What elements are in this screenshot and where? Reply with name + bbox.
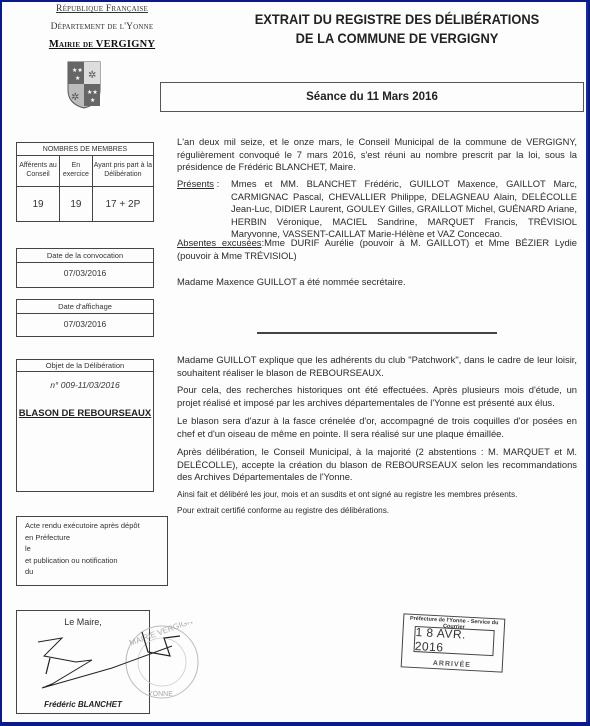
republic-heading: République Française bbox=[2, 4, 202, 14]
members-val-afferents: 19 bbox=[17, 187, 60, 222]
coat-of-arms-icon: ★★ ★ ★★ ★ ✲ ✲ bbox=[66, 60, 102, 110]
svg-text:★: ★ bbox=[90, 97, 95, 104]
objet-box: n° 009-11/03/2016 BLASON DE REBOURSEAUX bbox=[16, 372, 154, 492]
deliberation-paragraph: Pour cela, des recherches historiques on… bbox=[177, 384, 577, 409]
presents-list: Mmes et MM. BLANCHET Frédéric, GUILLOT M… bbox=[231, 178, 577, 241]
svg-text:✲: ✲ bbox=[71, 92, 79, 103]
executoire-line1: Acte rendu exécutoire après dépôt bbox=[25, 520, 167, 532]
stamp-date: 1 8 AVR. 2016 bbox=[413, 626, 494, 656]
deliberation-number: n° 009-11/03/2016 bbox=[17, 380, 153, 390]
executoire-line5: du bbox=[25, 566, 167, 578]
seance-date: Séance du 11 Mars 2016 bbox=[160, 82, 584, 112]
convocation-label: Date de la convocation bbox=[17, 249, 153, 263]
convocation-box: Date de la convocation 07/03/2016 bbox=[16, 248, 154, 288]
document-title-line1: EXTRAIT DU REGISTRE DES DÉLIBÉRATIONS bbox=[218, 11, 577, 27]
svg-text:★★: ★★ bbox=[87, 89, 98, 96]
members-col-deliberation: Ayant pris part à la Délibération bbox=[92, 156, 153, 187]
deliberation-paragraph: Après délibération, le Conseil Municipal… bbox=[177, 446, 577, 484]
convocation-date: 07/03/2016 bbox=[17, 263, 153, 283]
members-col-exercice: En exercice bbox=[60, 156, 93, 187]
absentes-label: Absentes excusées bbox=[177, 237, 262, 248]
svg-text:★: ★ bbox=[75, 75, 80, 82]
document-title-line2: DE LA COMMUNE DE VERGIGNY bbox=[218, 30, 577, 46]
svg-text:MAIRIE VERGIGNY: MAIRIE VERGIGNY bbox=[128, 622, 199, 648]
affichage-box: Date d'affichage 07/03/2016 bbox=[16, 299, 154, 337]
deliberation-title: BLASON DE REBOURSEAUX bbox=[17, 408, 153, 419]
deliberation-paragraph: Madame GUILLOT explique que les adhérent… bbox=[177, 354, 577, 379]
intro-paragraph: L'an deux mil seize, et le onze mars, le… bbox=[177, 136, 577, 174]
svg-text:✲: ✲ bbox=[88, 70, 96, 81]
presents-label: Présents bbox=[177, 178, 214, 189]
objet-label: Objet de la Délibération bbox=[16, 359, 154, 372]
document-page: République Française Département de l'Yo… bbox=[2, 2, 588, 722]
affichage-label: Date d'affichage bbox=[17, 300, 153, 314]
mairie-heading: Mairie de VERGIGNY bbox=[2, 39, 202, 50]
closing-paragraph: Ainsi fait et délibéré les jour, mois et… bbox=[177, 489, 577, 502]
executoire-box: Acte rendu exécutoire après dépôt en Pré… bbox=[16, 516, 168, 586]
certification-paragraph: Pour extrait certifié conforme au regist… bbox=[177, 505, 577, 518]
department-heading: Département de l'Yonne bbox=[2, 22, 202, 32]
svg-text:★★: ★★ bbox=[72, 67, 83, 74]
members-val-deliberation: 17 + 2P bbox=[92, 187, 153, 222]
executoire-line4: et publication ou notification bbox=[25, 555, 167, 567]
executoire-line3: le bbox=[25, 543, 167, 555]
svg-text:YONNE: YONNE bbox=[148, 691, 173, 698]
affichage-date: 07/03/2016 bbox=[17, 314, 153, 334]
presents-section: Présents : Mmes et MM. BLANCHET Frédéric… bbox=[177, 178, 577, 191]
secretaire-line: Madame Maxence GUILLOT a été nommée secr… bbox=[177, 276, 577, 289]
absentes-section: Absentes excusées:Mme DURIF Aurélie (pou… bbox=[177, 237, 577, 262]
separator-rule bbox=[257, 332, 497, 334]
executoire-line2: en Préfecture bbox=[25, 532, 167, 544]
members-table: NOMBRES DE MEMBRES Afférents au Conseil … bbox=[16, 142, 154, 222]
signature-and-seal-icon: MAIRIE VERGIGNY YONNE bbox=[32, 622, 212, 702]
members-heading: NOMBRES DE MEMBRES bbox=[17, 143, 154, 156]
deliberation-paragraph: Le blason sera d'azur à la fasce crénelé… bbox=[177, 415, 577, 440]
members-col-afferents: Afférents au Conseil bbox=[17, 156, 60, 187]
prefecture-stamp: Préfecture de l'Yonne - Service du Courr… bbox=[401, 613, 506, 672]
members-val-exercice: 19 bbox=[60, 187, 93, 222]
